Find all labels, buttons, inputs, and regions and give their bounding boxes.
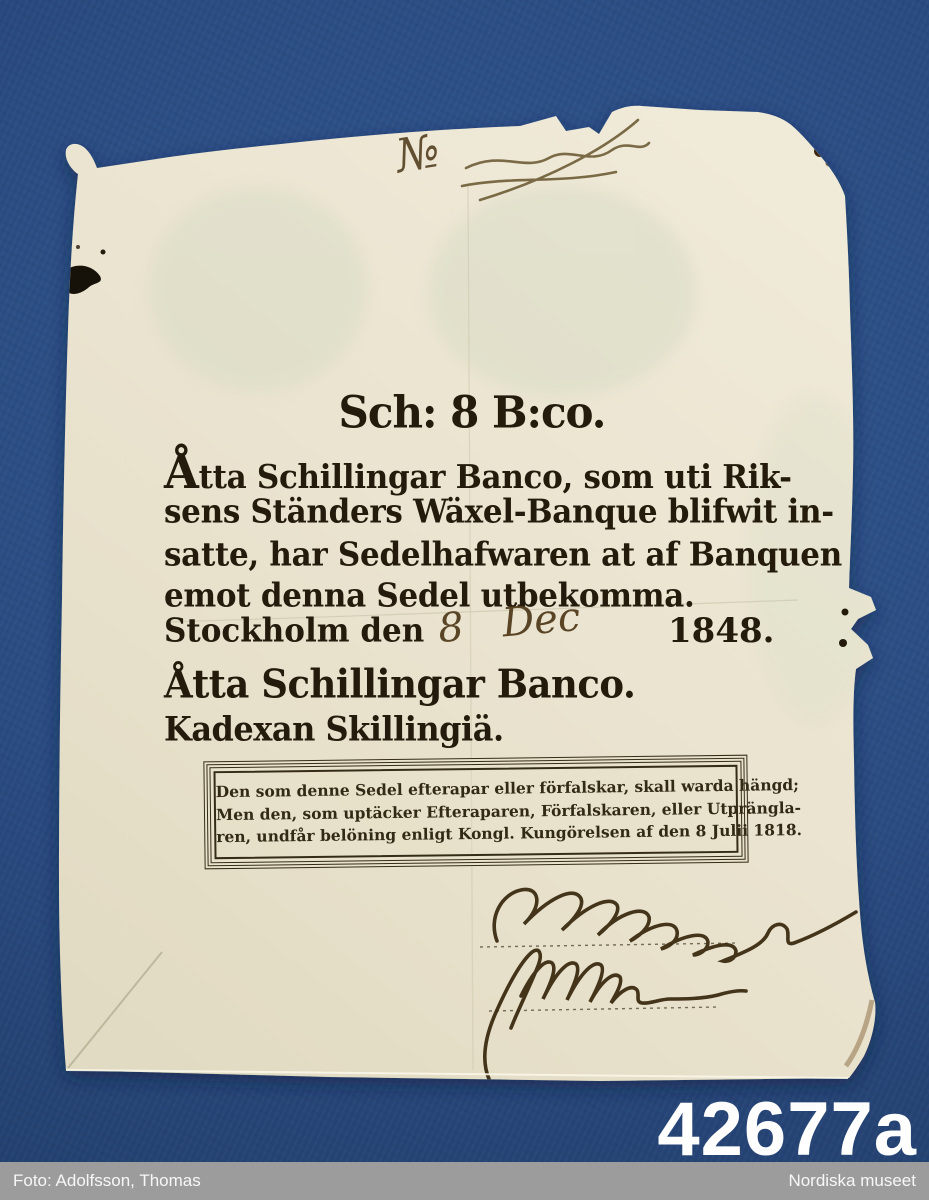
banknote-paper-graphic — [0, 0, 929, 1200]
watermark-oval-right — [427, 186, 697, 398]
paper-speck — [751, 468, 755, 472]
paper-speck — [754, 518, 759, 523]
museum-photograph: № Sch: 8 B:co. Åtta Schillingar Banco, s… — [0, 0, 929, 1200]
museum-name: Nordiska museet — [788, 1171, 916, 1191]
catalog-number: 42677a — [657, 1092, 917, 1168]
showthrough-strip — [746, 395, 882, 725]
paper-speck — [749, 554, 753, 558]
photo-credit: Foto: Adolfsson, Thomas — [13, 1171, 201, 1191]
stain-spot — [814, 145, 826, 157]
ink-speck — [76, 245, 80, 249]
stain-spot — [826, 160, 833, 167]
ink-speck — [101, 250, 106, 255]
tear-speck — [839, 639, 847, 647]
caption-bar: Foto: Adolfsson, Thomas Nordiska museet — [0, 1162, 929, 1200]
watermark-oval-left — [148, 187, 368, 393]
tear-speck — [842, 609, 849, 616]
